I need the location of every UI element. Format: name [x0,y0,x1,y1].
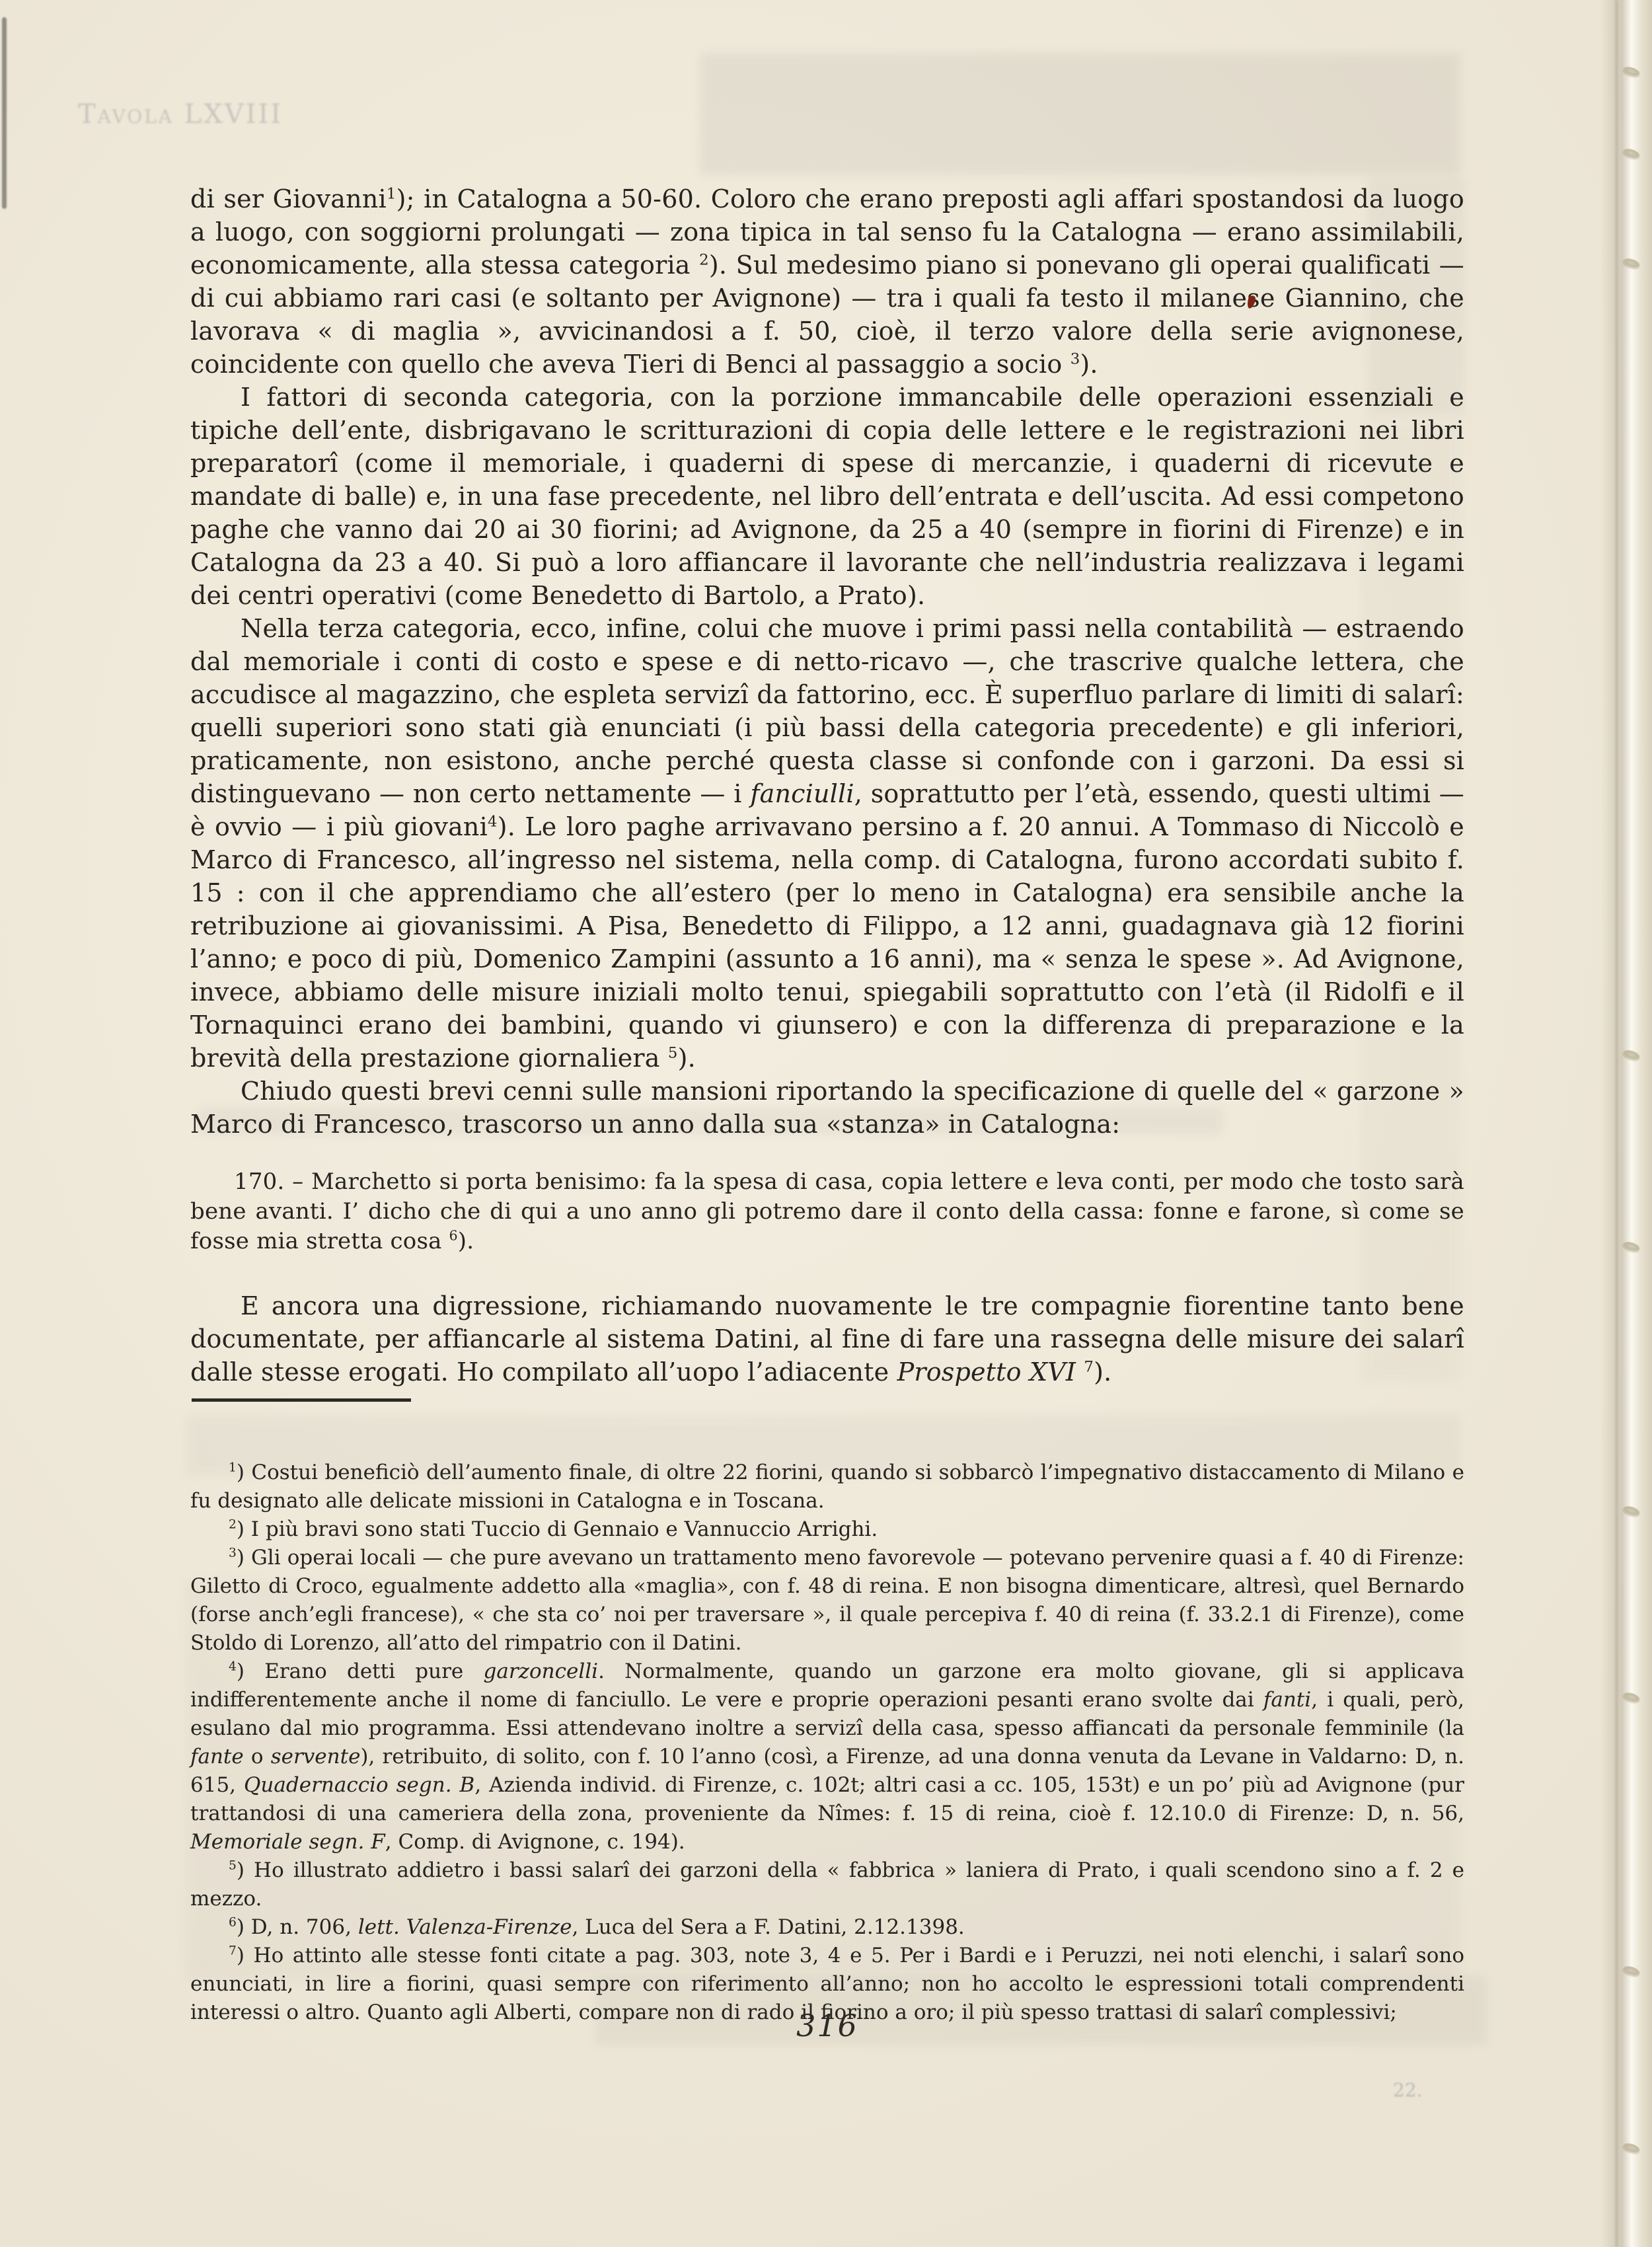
scanner-edge-shadow [2,17,7,209]
paragraph-5: E ancora una digressione, richiamando nu… [190,1289,1464,1389]
showthrough-plate-caption: Tavola LXVIII [78,99,283,130]
footnote-separator-rule [192,1398,411,1402]
paragraph-2: I fattori di seconda categoria, con la p… [190,381,1464,612]
book-page-scan: Tavola LXVIII 22. di ser Giovanni1); in … [0,0,1652,2247]
binding-edge [1600,0,1652,2247]
paragraph-1: di ser Giovanni1); in Catalogna a 50-60.… [190,182,1464,381]
footnote-2: 2) I più bravi sono stati Tuccio di Genn… [190,1515,1464,1544]
paragraph-4: Chiudo questi brevi cenni sulle mansioni… [190,1075,1464,1141]
footnote-area: 1) Costui beneficiò dell’aumento finale,… [190,1398,1464,2027]
page-number: 316 [190,2008,1464,2043]
block-quote-170: 170. – Marchetto si porta benisimo: fa l… [190,1167,1464,1256]
footnote-6: 6) D, n. 706, lett. Valenza-Firenze, Luc… [190,1913,1464,1942]
footnote-5: 5) Ho illustrato addietro i bassi salarî… [190,1856,1464,1913]
paragraph-3: Nella terza categoria, ecco, infine, col… [190,612,1464,1075]
footnote-3: 3) Gli operai locali — che pure avevano … [190,1544,1464,1657]
footnote-4: 4) Erano detti pure garzoncelli. Normalm… [190,1657,1464,1856]
showthrough-block [700,53,1460,175]
binding-crease [1616,0,1618,2247]
text-column: di ser Giovanni1); in Catalogna a 50-60.… [190,182,1464,1389]
footnote-1: 1) Costui beneficiò dell’aumento finale,… [190,1459,1464,1515]
showthrough-corner-mark: 22. [1393,2079,1423,2101]
